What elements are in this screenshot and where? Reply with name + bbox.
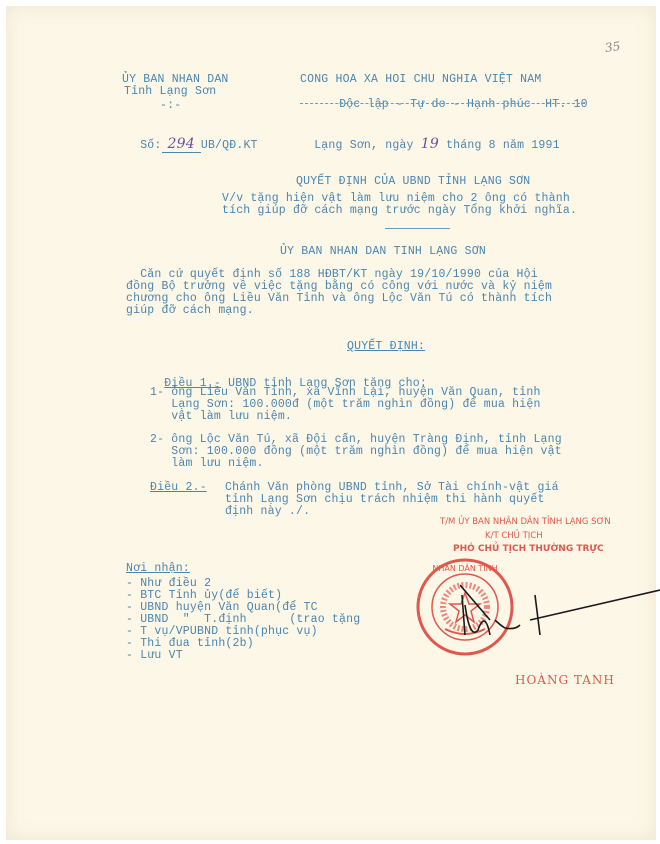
signature-line-2: K/T CHỦ TỊCH <box>485 531 543 541</box>
header-divider <box>300 103 585 104</box>
signatory-name: HOÀNG TANH <box>515 673 615 687</box>
title-divider <box>385 228 450 229</box>
issuing-body: ỦY BAN NHAN DAN TINH LẠNG SƠN <box>280 245 486 258</box>
number-handwritten: 294 <box>162 136 201 153</box>
date-day-handwritten: 19 <box>421 136 439 152</box>
number-prefix: Số: <box>140 139 161 152</box>
article-2-line-3: định này ./. <box>225 505 310 518</box>
issuer-province: Tỉnh Lạng Sơn <box>124 85 216 98</box>
svg-text:NHÂN DÂN TỈNH: NHÂN DÂN TỈNH <box>432 562 497 573</box>
signature-line-3: PHÓ CHỦ TỊCH THƯỜNG TRỰC <box>453 544 604 554</box>
document-number: Số:294UB/QĐ.KT <box>126 125 258 152</box>
number-suffix: UB/QĐ.KT <box>201 139 258 152</box>
form-code: HT. 10 <box>545 98 588 111</box>
preamble-line-4: giúp đỡ cách mạng. <box>126 304 254 317</box>
item-2-line-3: làm lưu niệm. <box>150 457 264 470</box>
decision-title: QUYẾT ĐỊNH CỦA UBND TỈNH LẠNG SƠN <box>296 175 530 188</box>
subject-line-2: tích giúp đỡ cách mạng trước ngày Tổng k… <box>222 204 577 217</box>
recipient-item: - Lưu VT <box>126 649 183 662</box>
recipients-heading: Nơi nhận: <box>126 562 190 575</box>
handwritten-signature <box>460 580 660 650</box>
date-prefix: Lạng Sơn, ngày <box>314 139 413 152</box>
page-number: 35 <box>604 39 621 55</box>
national-motto: Độc lập - Tự do - Hạnh phúc HT. 10 <box>325 85 588 111</box>
header-ornament: -:- <box>160 99 181 112</box>
decision-heading: QUYẾT ĐỊNH: <box>347 340 425 353</box>
date-suffix: tháng 8 năm 1991 <box>446 139 560 152</box>
article-2-label: Điều 2.- <box>150 481 207 494</box>
place-date: Lạng Sơn, ngày 19 tháng 8 năm 1991 <box>300 125 560 152</box>
item-1-line-3: vật làm lưu niệm. <box>150 410 292 423</box>
signature-line-1: T/M ỦY BAN NHÂN DÂN TỈNH LẠNG SƠN <box>440 517 611 527</box>
motto-text: Độc lập - Tự do - Hạnh phúc <box>339 98 531 111</box>
